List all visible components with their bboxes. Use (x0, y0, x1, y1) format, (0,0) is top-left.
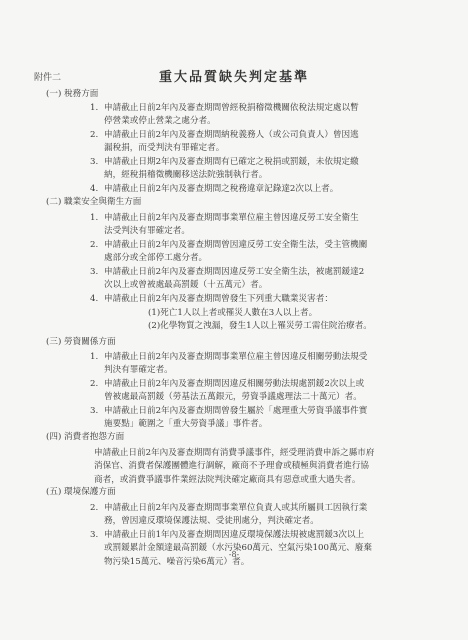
section-heading-consumer-complaints: (四) 消費者抱怨方面 (46, 431, 124, 444)
item-line: 漏稅捐，而受判決有罪確定者。 (104, 142, 404, 155)
list-item: 1. 申請截止日前2年內及審查期間事業單位雇主曾因違反相關勞動法規受 判決有罪確… (104, 351, 404, 378)
item-line: 申請截止日前2年內及審查期間曾發生屬於「處理重大勞資爭議事件實 (104, 405, 404, 418)
item-number: 2. (90, 502, 98, 515)
paragraph-line: 申請截止日前2年內及審查期間有消費爭議事件，經受理消費申訴之縣市府 (94, 447, 414, 460)
item-line: 申請截止日前2年內及審查期間之稅務違章記錄達2次以上者。 (104, 183, 404, 196)
list-item: 4. 申請截止日前2年內及審查期間之稅務違章記錄達2次以上者。 (104, 183, 404, 196)
item-line: 申請截止日前2年內及審查期間因違反相關勞動法規處罰鍰2次以上或 (104, 378, 404, 391)
item-number: 3. (90, 405, 98, 418)
item-number: 2. (90, 378, 98, 391)
sub-item: (2)化學物質之洩漏，發生1人以上罹災勞工需住院治療者。 (148, 320, 372, 333)
list-item: 2. 申請截止日前2年內及審查期間因違反相關勞動法規處罰鍰2次以上或 曾被處最高… (104, 378, 404, 405)
item-line: 申請截止日前2年內及審查期間事業單位雇主曾因違反相關勞動法規受 (104, 351, 404, 364)
list-item: 2. 申請截止日前2年內及審查期間曾因違反勞工安全衛生法，受主管機關 處部分或全… (104, 239, 404, 266)
item-line: 申請截止日前2年內及審查期間曾因違反勞工安全衛生法，受主管機關 (104, 239, 404, 252)
item-number: 4. (90, 183, 98, 196)
item-line: 申請截止日前2年內及審查期間因違反勞工安全衛生法，被處罰鍰達2 (104, 266, 404, 279)
section-heading-labor-relations: (三) 勞資關係方面 (46, 336, 116, 349)
item-line: 處部分或全部停工處分者。 (104, 252, 404, 265)
section-heading-tax: (一) 稅務方面 (46, 88, 98, 101)
paragraph: 申請截止日前2年內及審查期間有消費爭議事件，經受理消費申訴之縣市府 消保官、消費… (94, 447, 414, 487)
list-item: 1. 申請截止日前2年內及審查期間事業單位雇主曾因違反勞工安全衛生 法受判決有罪… (104, 212, 404, 239)
item-number: 3. (90, 266, 98, 279)
item-line: 申請截止日期2年內及審查期間有已確定之稅捐或罰鍰，未依規定繳 (104, 156, 404, 169)
item-line: 施要點」範圍之「重大勞資爭議」事件者。 (104, 418, 404, 431)
list-item: 1. 申請截止日前2年內及審查期間曾經稅捐稽徵機關依稅法規定處以暫 停營業或停止… (104, 102, 404, 129)
item-line: 申請截止日前2年內及審查期間事業單位雇主曾因違反勞工安全衛生 (104, 212, 404, 225)
document-title: 重大品質缺失判定基準 (0, 66, 468, 85)
item-line: 申請截止日前2年內及審查期間曾經稅捐稽徵機關依稅法規定處以暫 (104, 102, 404, 115)
item-line: 申請截止日前2年內及審查期間曾發生下列重大職業災害者： (104, 293, 404, 306)
item-number: 1. (90, 102, 98, 115)
item-number: 3. (90, 529, 98, 542)
item-line: 納，經稅捐稽徵機關移送法院強制執行者。 (104, 169, 404, 182)
item-line: 判決有罪確定者。 (104, 364, 404, 377)
item-line: 務，曾因違反環境保護法規、受徒刑處分，判決確定者。 (104, 515, 404, 528)
item-number: 2. (90, 239, 98, 252)
item-line: 次以上或曾被處最高罰鍰（十五萬元）者。 (104, 279, 404, 292)
paragraph-line: 消保官、消費者保護團體進行調解，廠商不予理會或積極與消費者進行協 (94, 460, 414, 473)
document-page: 附件二 重大品質缺失判定基準 (一) 稅務方面 1. 申請截止日前2年內及審查期… (0, 0, 468, 640)
item-line: 曾被處最高罰鍰（勞基法五萬銀元，勞資爭議處理法二十萬元）者。 (104, 391, 404, 404)
paragraph-line: 商者，或消費爭議事件業經法院判決確定廠商具有惡意或重大過失者。 (94, 474, 414, 487)
sub-item: (1)死亡1人以上者或罹災人數在3人以上者。 (148, 307, 317, 320)
section-heading-occupational-safety: (二) 職業安全與衛生方面 (46, 196, 141, 209)
item-line: 申請截止日前1年內及審查期間因違反環境保護法規被處罰鍰3次以上 (104, 529, 404, 542)
list-item: 3. 申請截止日前2年內及審查期間因違反勞工安全衛生法，被處罰鍰達2 次以上或曾… (104, 266, 404, 293)
list-item: 3. 申請截止日期2年內及審查期間有已確定之稅捐或罰鍰，未依規定繳 納，經稅捐稽… (104, 156, 404, 183)
list-item: 4. 申請截止日前2年內及審查期間曾發生下列重大職業災害者： (104, 293, 404, 306)
item-number: 1. (90, 212, 98, 225)
item-line: 申請截止日前2年內及審查期間事業單位負責人或其所屬員工因執行業 (104, 502, 404, 515)
item-number: 3. (90, 156, 98, 169)
item-number: 4. (90, 293, 98, 306)
page-number: -8- (0, 550, 468, 559)
section-heading-environmental: (五) 環境保護方面 (46, 486, 116, 499)
list-item: 3. 申請截止日前2年內及審查期間曾發生屬於「處理重大勞資爭議事件實 施要點」範… (104, 405, 404, 432)
item-number: 1. (90, 351, 98, 364)
item-number: 2. (90, 129, 98, 142)
list-item: 2. 申請截止日前2年內及審查期間納稅義務人（或公司負責人）曾因逃 漏稅捐，而受… (104, 129, 404, 156)
item-line: 停營業或停止營業之處分者。 (104, 115, 404, 128)
item-line: 法受判決有罪確定者。 (104, 225, 404, 238)
item-line: 申請截止日前2年內及審查期間納稅義務人（或公司負責人）曾因逃 (104, 129, 404, 142)
list-item: 2. 申請截止日前2年內及審查期間事業單位負責人或其所屬員工因執行業 務，曾因違… (104, 502, 404, 529)
